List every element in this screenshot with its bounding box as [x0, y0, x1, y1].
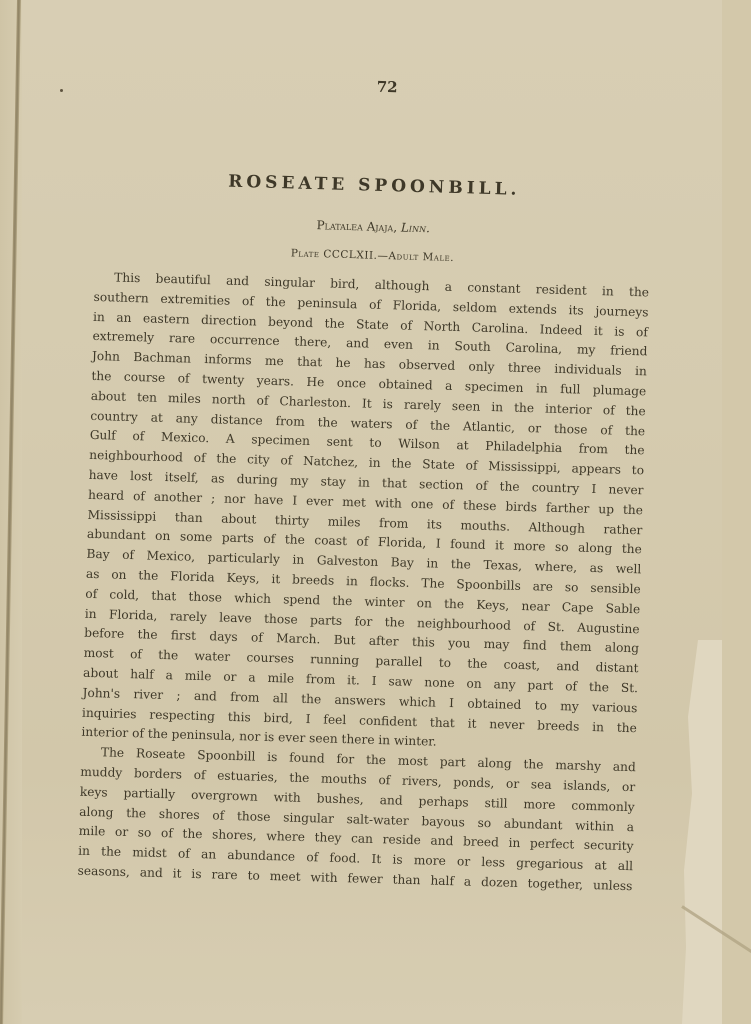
latin-author: Linn. — [401, 220, 430, 235]
latin-name-text: Platalea Ajaja, — [316, 218, 397, 234]
body-text: This beautiful and singular bird, althou… — [77, 268, 649, 897]
paper-speck — [60, 89, 63, 92]
latin-name: Platalea Ajaja, Linn. — [96, 212, 651, 241]
paragraph-1: This beautiful and singular bird, althou… — [81, 268, 649, 758]
page-content: 72 ROSEATE SPOONBILL. Platalea Ajaja, Li… — [77, 70, 654, 897]
page-title: ROSEATE SPOONBILL. — [97, 168, 652, 203]
plate-caption: Plate CCCLXII.—Adult Male. — [95, 242, 650, 269]
paragraph-2: The Roseate Spoonbill is found for the m… — [77, 743, 636, 897]
torn-page-edge — [682, 640, 722, 1024]
